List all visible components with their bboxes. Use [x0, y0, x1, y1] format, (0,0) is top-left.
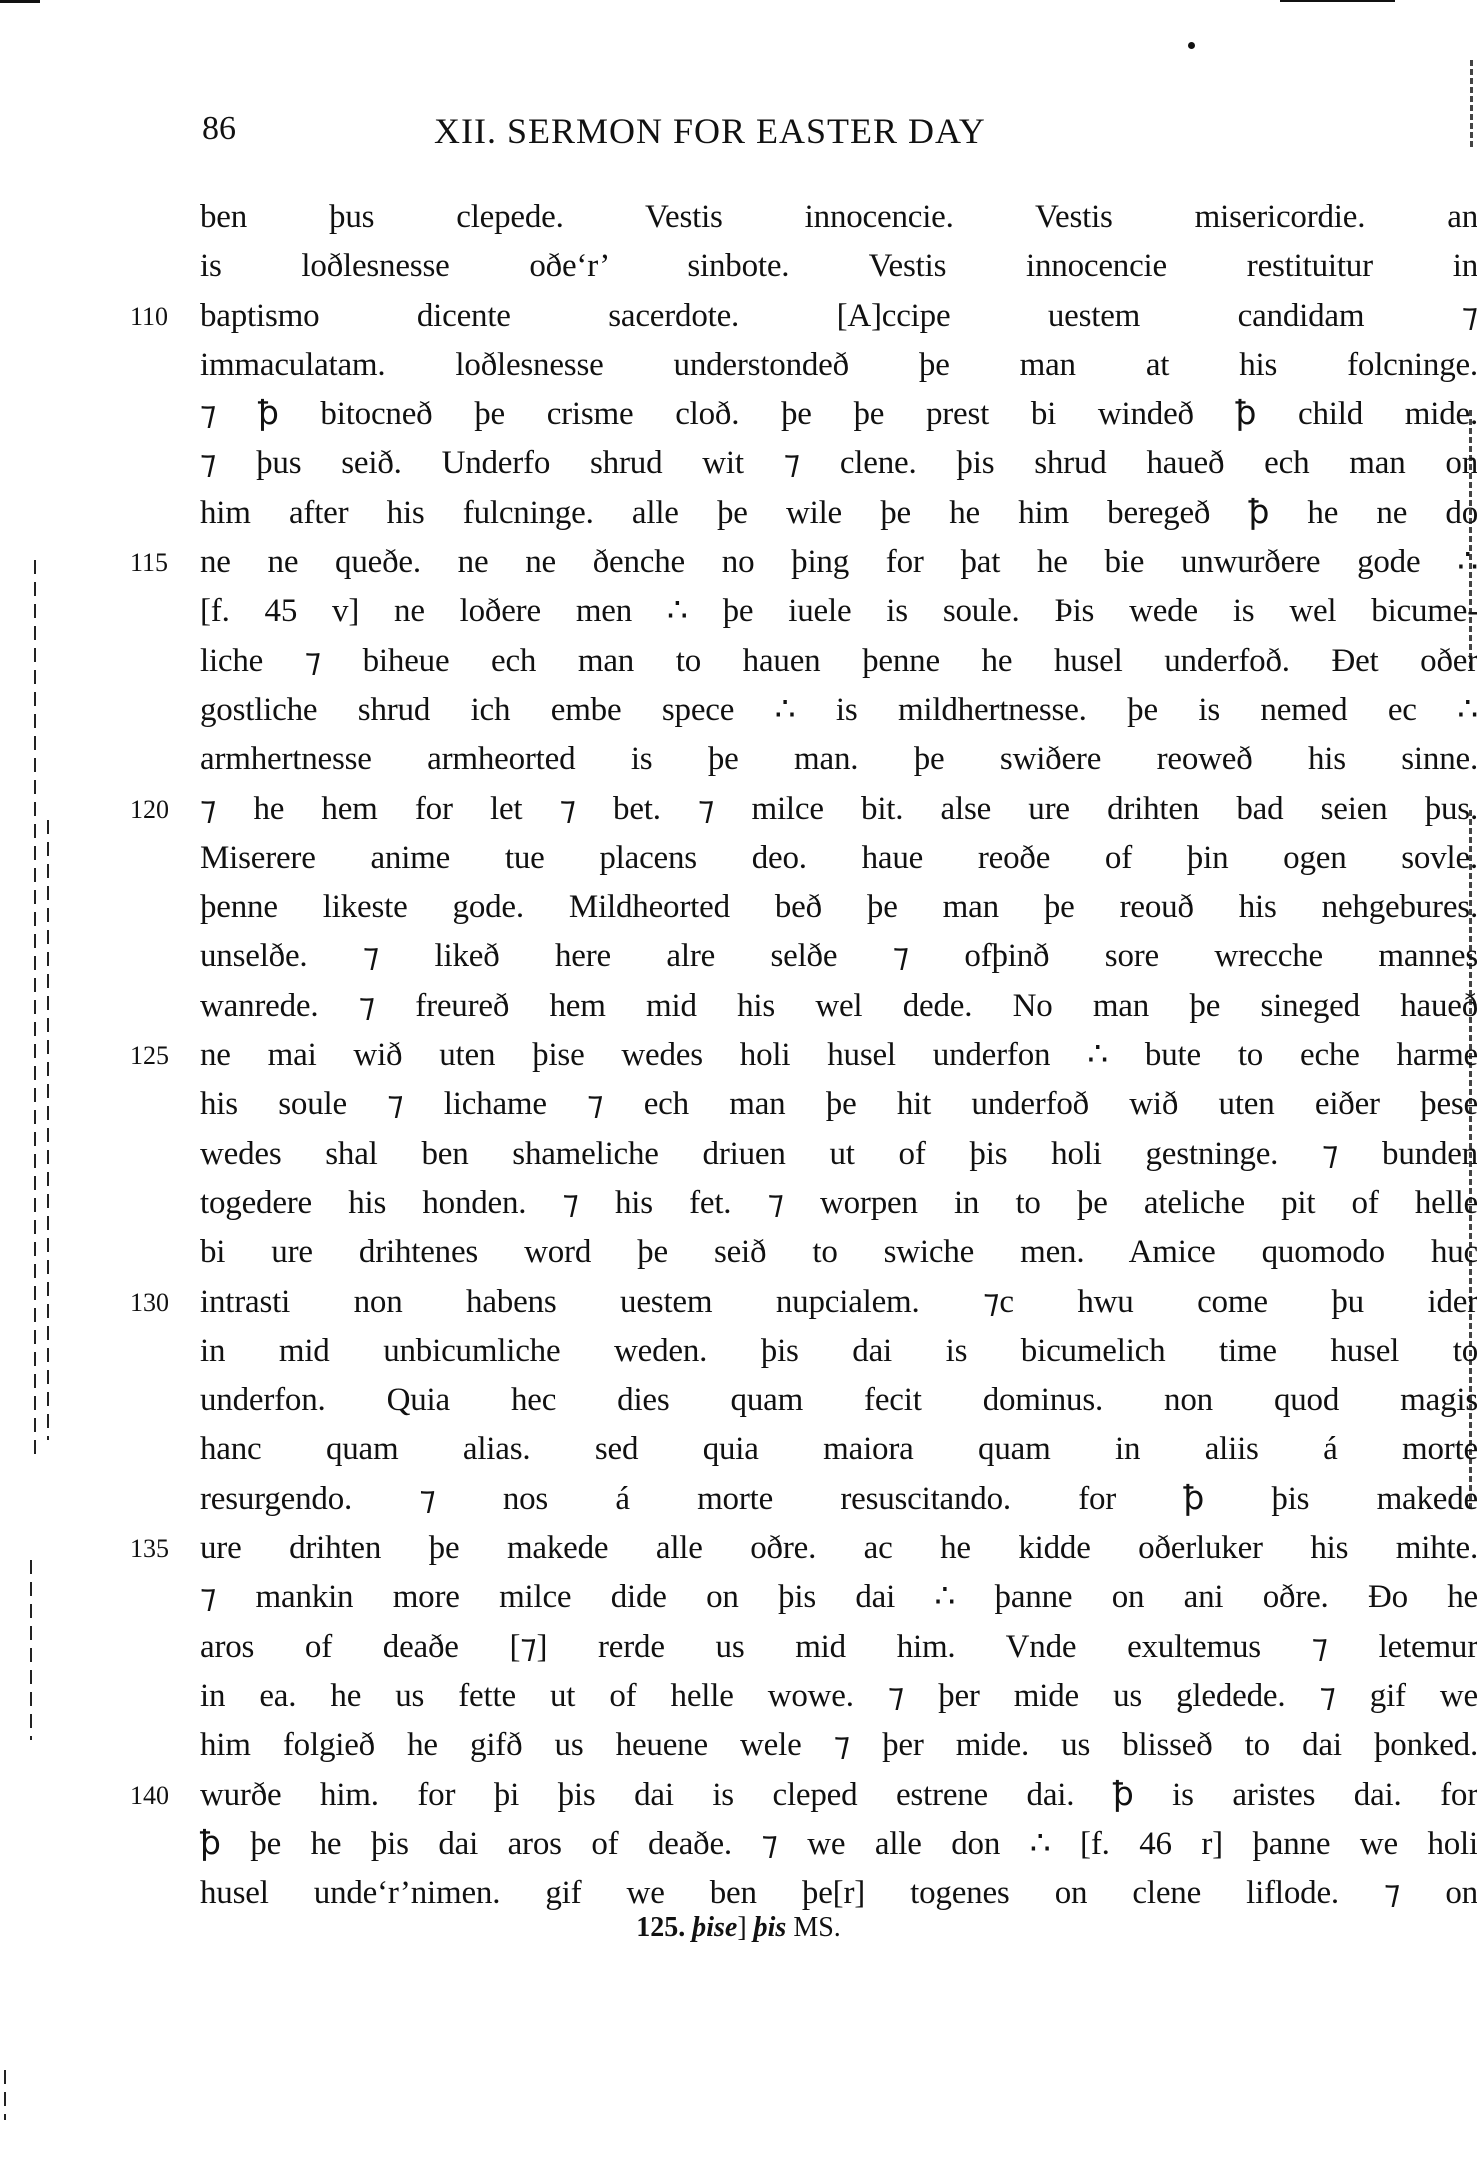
- text-line: 140wurðe him. for þi þis dai is cleped e…: [130, 1771, 1350, 1820]
- line-text: husel unde‘r’nimen. gif we ben þe[r] tog…: [200, 1869, 1477, 1918]
- line-text: wedes shal ben shameliche driuen ut of þ…: [200, 1130, 1477, 1179]
- scan-edge-mark: [1280, 0, 1395, 2]
- text-line: 125ne mai wið uten þise wedes holi husel…: [130, 1031, 1350, 1080]
- line-number: 135: [130, 1524, 186, 1573]
- text-line: [f. 45 v] ne loðere men ∴ þe iuele is so…: [130, 587, 1350, 636]
- text-line: in ea. he us fette ut of helle wowe. ⁊ þ…: [130, 1672, 1350, 1721]
- line-text: baptismo dicente sacerdote. [A]ccipe ues…: [200, 292, 1477, 341]
- line-text: þenne likeste gode. Mildheorted beð þe m…: [200, 883, 1477, 932]
- footnote-line-ref: 125.: [636, 1912, 685, 1943]
- text-line: 115ne ne queðe. ne ne ðenche no þing for…: [130, 538, 1350, 587]
- line-text: liche ⁊ biheue ech man to hauen þenne he…: [200, 637, 1477, 686]
- text-line: immaculatam. loðlesnesse understondeð þe…: [130, 341, 1350, 390]
- line-text: in mid unbicumliche weden. þis dai is bi…: [200, 1327, 1477, 1376]
- line-number: 120: [130, 785, 186, 834]
- line-text: ure drihten þe makede alle oðre. ac he k…: [200, 1524, 1477, 1573]
- line-text: ꝥ þe he þis dai aros of deaðe. ⁊ we alle…: [200, 1820, 1477, 1869]
- line-text: [f. 45 v] ne loðere men ∴ þe iuele is so…: [200, 587, 1477, 636]
- text-line: ben þus clepede. Vestis innocencie. Vest…: [130, 193, 1350, 242]
- margin-rule: [30, 1560, 32, 1740]
- text-line: 130intrasti non habens uestem nupcialem.…: [130, 1278, 1350, 1327]
- line-text: in ea. he us fette ut of helle wowe. ⁊ þ…: [200, 1672, 1477, 1721]
- text-line: ⁊ mankin more milce dide on þis dai ∴ þa…: [130, 1573, 1350, 1622]
- line-number: 125: [130, 1031, 186, 1080]
- running-head: XII. SERMON FOR EASTER DAY: [434, 110, 986, 152]
- line-text: Miserere anime tue placens deo. haue reo…: [200, 834, 1477, 883]
- line-text: intrasti non habens uestem nupcialem. ⁊c…: [200, 1278, 1477, 1327]
- footnote-bracket: ]: [737, 1912, 746, 1943]
- line-text: gostliche shrud ich embe spece ∴ is mild…: [200, 686, 1477, 735]
- text-line: hanc quam alias. sed quia maiora quam in…: [130, 1425, 1350, 1474]
- line-text: ⁊ mankin more milce dide on þis dai ∴ þa…: [200, 1573, 1477, 1622]
- line-text: togedere his honden. ⁊ his fet. ⁊ worpen…: [200, 1179, 1477, 1228]
- page-number: 86: [202, 110, 236, 148]
- text-line: is loðlesnesse oðe‘r’ sinbote. Vestis in…: [130, 242, 1350, 291]
- line-text: resurgendo. ⁊ nos á morte resuscitando. …: [200, 1475, 1477, 1524]
- line-text: ⁊ þus seið. Underfo shrud wit ⁊ clene. þ…: [200, 439, 1477, 488]
- text-line: ⁊ þus seið. Underfo shrud wit ⁊ clene. þ…: [130, 439, 1350, 488]
- text-line: wedes shal ben shameliche driuen ut of þ…: [130, 1130, 1350, 1179]
- line-text: him folgieð he gifð us heuene wele ⁊ þer…: [200, 1721, 1477, 1770]
- footnote: 125. þise] þis MS.: [0, 1912, 1477, 1944]
- line-text: underfon. Quia hec dies quam fecit domin…: [200, 1376, 1477, 1425]
- text-line: Miserere anime tue placens deo. haue reo…: [130, 834, 1350, 883]
- text-line: resurgendo. ⁊ nos á morte resuscitando. …: [130, 1475, 1350, 1524]
- line-text: armhertnesse armheorted is þe man. þe sw…: [200, 735, 1477, 784]
- margin-rule: [47, 820, 49, 1440]
- page-header: 86 XII. SERMON FOR EASTER DAY: [202, 110, 1332, 154]
- text-line: 135ure drihten þe makede alle oðre. ac h…: [130, 1524, 1350, 1573]
- text-line: him after his fulcninge. alle þe wile þe…: [130, 489, 1350, 538]
- text-line: his soule ⁊ lichame ⁊ ech man þe hit und…: [130, 1080, 1350, 1129]
- text-line: underfon. Quia hec dies quam fecit domin…: [130, 1376, 1350, 1425]
- line-text: ⁊ ꝥ bitocneð þe crisme cloð. þe þe prest…: [200, 390, 1477, 439]
- line-text: aros of deaðe [⁊] rerde us mid him. Vnde…: [200, 1623, 1477, 1672]
- footnote-lemma: þise: [692, 1912, 737, 1943]
- text-line: gostliche shrud ich embe spece ∴ is mild…: [130, 686, 1350, 735]
- line-text: him after his fulcninge. alle þe wile þe…: [200, 489, 1477, 538]
- line-text: his soule ⁊ lichame ⁊ ech man þe hit und…: [200, 1080, 1477, 1129]
- text-line: aros of deaðe [⁊] rerde us mid him. Vnde…: [130, 1623, 1350, 1672]
- text-line: in mid unbicumliche weden. þis dai is bi…: [130, 1327, 1350, 1376]
- text-line: armhertnesse armheorted is þe man. þe sw…: [130, 735, 1350, 784]
- line-number: 115: [130, 538, 186, 587]
- line-text: is loðlesnesse oðe‘r’ sinbote. Vestis in…: [200, 242, 1477, 291]
- line-text: ⁊ he hem for let ⁊ bet. ⁊ milce bit. als…: [200, 785, 1477, 834]
- text-line: husel unde‘r’nimen. gif we ben þe[r] tog…: [130, 1869, 1350, 1918]
- line-text: ne mai wið uten þise wedes holi husel un…: [200, 1031, 1477, 1080]
- binding-mark: [1470, 60, 1473, 150]
- ink-speck: [1188, 42, 1195, 49]
- line-text: immaculatam. loðlesnesse understondeð þe…: [200, 341, 1477, 390]
- line-text: bi ure drihtenes word þe seið to swiche …: [200, 1228, 1477, 1277]
- scan-edge-mark: [0, 0, 40, 3]
- line-number: 140: [130, 1771, 186, 1820]
- sermon-text: ben þus clepede. Vestis innocencie. Vest…: [130, 193, 1350, 1918]
- margin-rule: [4, 2070, 6, 2120]
- text-line: þenne likeste gode. Mildheorted beð þe m…: [130, 883, 1350, 932]
- line-text: wurðe him. for þi þis dai is cleped estr…: [200, 1771, 1477, 1820]
- line-number: 110: [130, 292, 186, 341]
- text-line: him folgieð he gifð us heuene wele ⁊ þer…: [130, 1721, 1350, 1770]
- text-line: wanrede. ⁊ freureð hem mid his wel dede.…: [130, 982, 1350, 1031]
- text-line: 120⁊ he hem for let ⁊ bet. ⁊ milce bit. …: [130, 785, 1350, 834]
- text-line: liche ⁊ biheue ech man to hauen þenne he…: [130, 637, 1350, 686]
- line-text: hanc quam alias. sed quia maiora quam in…: [200, 1425, 1477, 1474]
- line-text: ne ne queðe. ne ne ðenche no þing for þa…: [200, 538, 1477, 587]
- margin-rule: [34, 560, 36, 1460]
- text-line: unselðe. ⁊ likeð here alre selðe ⁊ ofþin…: [130, 932, 1350, 981]
- line-text: ben þus clepede. Vestis innocencie. Vest…: [200, 193, 1477, 242]
- line-text: unselðe. ⁊ likeð here alre selðe ⁊ ofþin…: [200, 932, 1477, 981]
- text-line: ⁊ ꝥ bitocneð þe crisme cloð. þe þe prest…: [130, 390, 1350, 439]
- text-line: 110baptismo dicente sacerdote. [A]ccipe …: [130, 292, 1350, 341]
- line-number: 130: [130, 1278, 186, 1327]
- text-line: togedere his honden. ⁊ his fet. ⁊ worpen…: [130, 1179, 1350, 1228]
- text-line: bi ure drihtenes word þe seið to swiche …: [130, 1228, 1350, 1277]
- text-line: ꝥ þe he þis dai aros of deaðe. ⁊ we alle…: [130, 1820, 1350, 1869]
- footnote-source: MS.: [793, 1912, 840, 1943]
- line-text: wanrede. ⁊ freureð hem mid his wel dede.…: [200, 982, 1477, 1031]
- footnote-reading: þis: [754, 1912, 787, 1943]
